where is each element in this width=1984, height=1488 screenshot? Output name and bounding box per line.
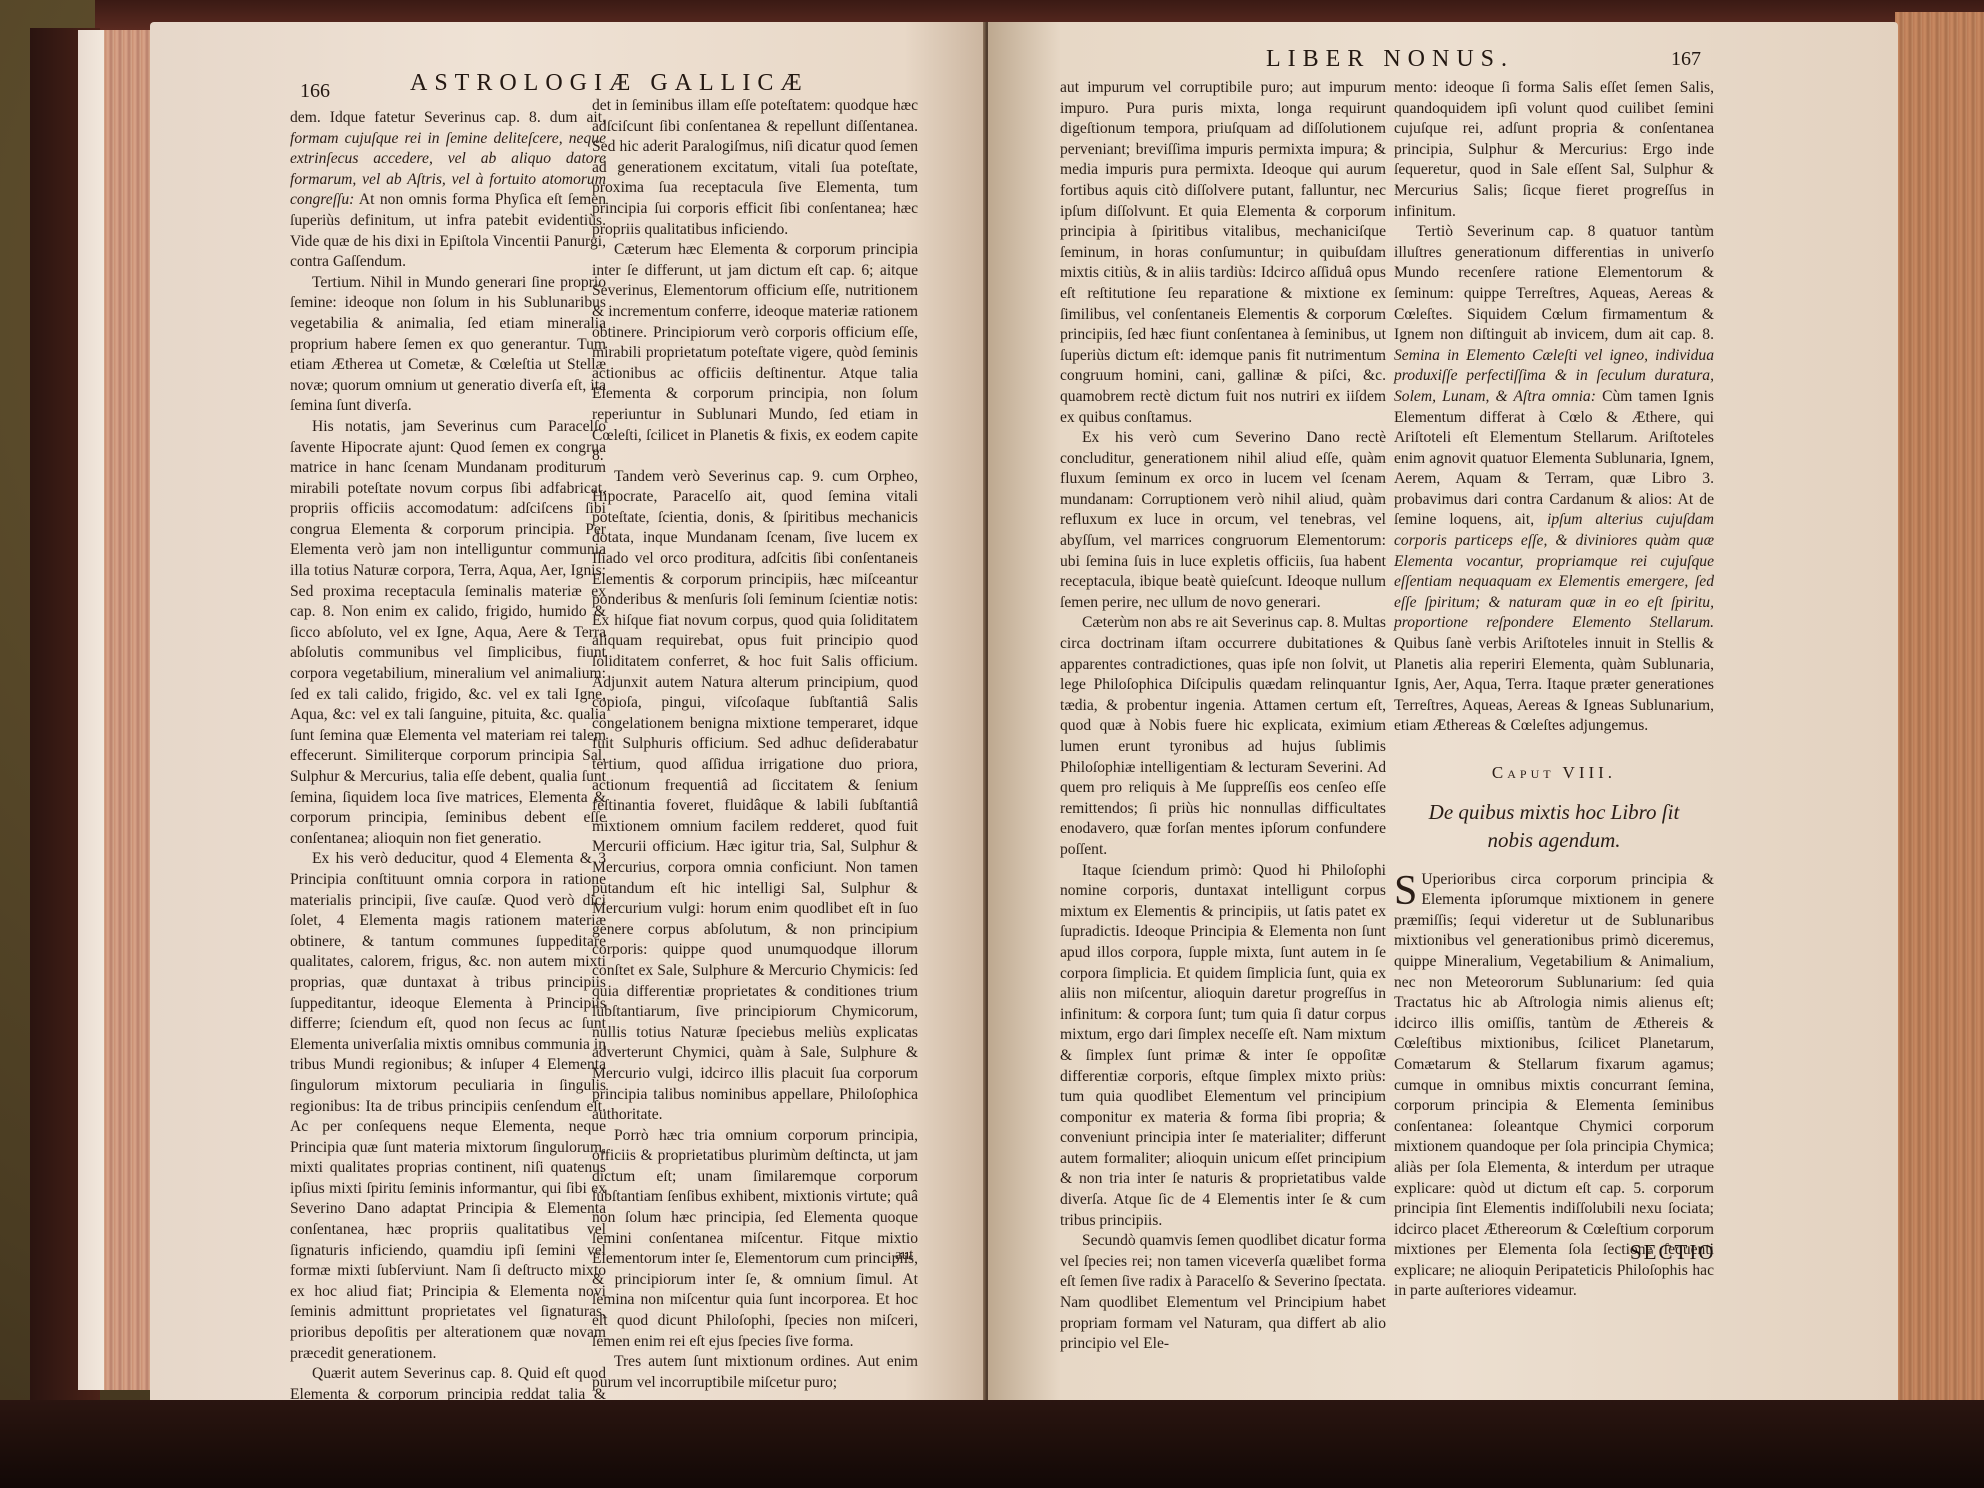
paragraph: Porrò hæc tria omnium corporum principia… — [592, 1126, 918, 1353]
left-page: 166 ASTROLOGIÆ GALLICÆ dem. Idque fatetu… — [150, 22, 988, 1412]
paragraph: aut impurum vel corruptibile puro; aut i… — [1060, 78, 1386, 428]
right-page-column-2: mento: ideoque ſi forma Salis eſſet ſeme… — [1394, 78, 1714, 1302]
paragraph: Tertium. Nihil in Mundo generari ſine pr… — [290, 273, 606, 417]
paragraph: dem. Idque fatetur Severinus cap. 8. dum… — [290, 108, 606, 273]
paragraph: Ex his verò cum Severino Dano rectè conc… — [1060, 428, 1386, 613]
paragraph: Tandem verò Severinus cap. 9. cum Orpheo… — [592, 467, 918, 1126]
paragraph: His notatis, jam Severinus cum Paracelſo… — [290, 417, 606, 849]
paragraph: Tertiò Severinum cap. 8 quatuor tantùm i… — [1394, 222, 1714, 737]
paragraph: Tres autem ſunt mixtionum ordines. Aut e… — [592, 1352, 918, 1393]
flyleaf-edge — [78, 30, 104, 1390]
running-head: LIBER NONUS. — [1266, 46, 1514, 73]
page-number: 167 — [1671, 48, 1701, 71]
paragraph: Cæterum hæc Elementa & corporum principi… — [592, 240, 918, 467]
paragraph: Cæterùm non abs re ait Severinus cap. 8.… — [1060, 613, 1386, 860]
paragraph: Secundò quamvis ſemen quodlibet dicatur … — [1060, 1231, 1386, 1355]
left-fore-edge — [78, 30, 158, 1390]
drop-cap: S — [1394, 874, 1417, 908]
right-page: LIBER NONUS. 167 aut impurum vel corrupt… — [988, 22, 1898, 1412]
running-head: ASTROLOGIÆ GALLICÆ — [410, 70, 809, 97]
right-page-column-1: aut impurum vel corruptibile puro; aut i… — [1060, 78, 1386, 1355]
paragraph: det in ſeminibus illam eſſe poteſtatem: … — [592, 96, 918, 240]
paragraph: Itaque ſciendum primò: Quod hi Philoſoph… — [1060, 861, 1386, 1232]
page-number: 166 — [300, 80, 330, 103]
right-fore-edge — [1895, 12, 1984, 1402]
paragraph: mento: ideoque ſi forma Salis eſſet ſeme… — [1394, 78, 1714, 222]
paragraph: Ex his verò deducitur, quod 4 Elementa &… — [290, 849, 606, 1364]
table-edge — [0, 1400, 1984, 1488]
catchword: aut — [895, 1247, 913, 1264]
left-page-column-2: det in ſeminibus illam eſſe poteſtatem: … — [592, 96, 918, 1393]
catchword: SECTIO — [1630, 1240, 1716, 1265]
column-text: mento: ideoque ſi forma Salis eſſet ſeme… — [1394, 78, 1714, 737]
chapter-title: De quibus mixtis hoc Libro ſit nobis age… — [1424, 798, 1684, 854]
chapter-heading: Caput VIII. — [1394, 763, 1714, 784]
chapter-body: SUperioribus circa corporum principia & … — [1394, 870, 1714, 1302]
left-page-column-1: dem. Idque fatetur Severinus cap. 8. dum… — [290, 108, 606, 1426]
